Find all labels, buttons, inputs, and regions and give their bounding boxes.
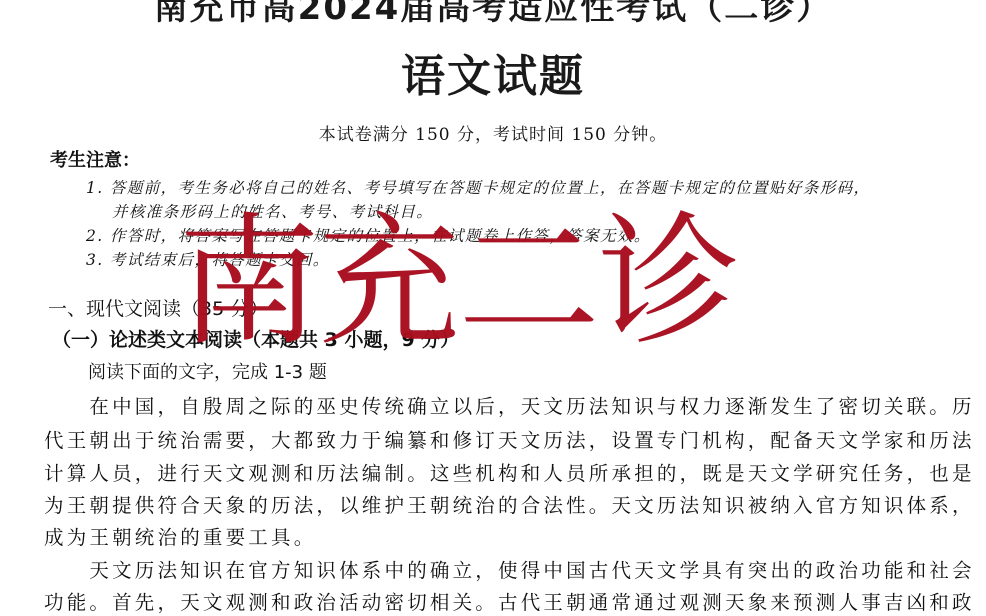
paragraph-line: 在中国，自殷周之际的巫史传统确立以后，天文历法知识与权力逐渐发生了密切关联。历 <box>44 391 912 419</box>
paragraph-line: 代王朝出于统治需要，大都致力于编纂和修订天文历法，设置专门机构，配备天文学家和历… <box>44 425 912 453</box>
paragraph-line: 计算人员，进行天文观测和历法编制。这些机构和人员所承担的，既是天文学研究任务，也… <box>44 458 912 486</box>
paragraph-line: 成为王朝统治的重要工具。 <box>44 522 912 550</box>
paragraph-line: 为王朝提供符合天象的历法，以维护王朝统治的合法性。天文历法知识被纳入官方知识体系… <box>44 490 912 518</box>
notice-item-1: 1. 答题前，考生务必将自己的姓名、考号填写在答题卡规定的位置上，在答题卡规定的… <box>86 176 870 198</box>
paragraph-line: 功能。首先，天文观测和政治活动密切相关。古代王朝通常通过观测天象来预测人事吉凶和… <box>44 587 912 615</box>
exam-page: 南充市高2024届高考适应性考试（二诊） 语文试题 本试卷满分 150 分，考试… <box>0 0 986 616</box>
page-title: 语文试题 <box>0 40 986 104</box>
notice-heading: 考生注意： <box>50 146 140 172</box>
paragraph-line: 天文历法知识在官方知识体系中的确立，使得中国古代天文学具有突出的政治功能和社会 <box>44 555 912 583</box>
exam-header-cut: 南充市高2024届高考适应性考试（二诊） <box>0 0 986 29</box>
watermark-overlay: 南充二诊 <box>178 208 738 358</box>
exam-info: 本试卷满分 150 分，考试时间 150 分钟。 <box>0 120 986 145</box>
